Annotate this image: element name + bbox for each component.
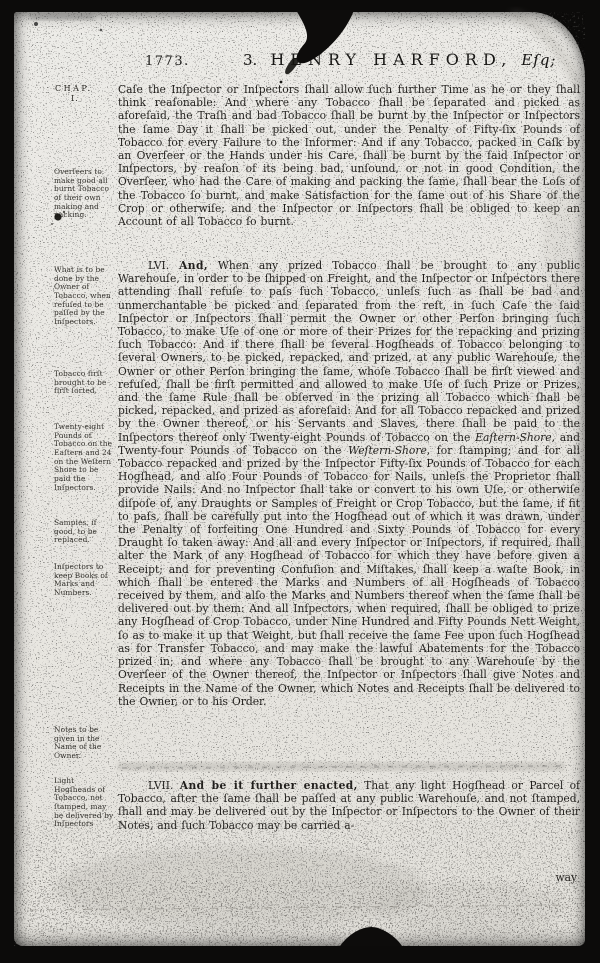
running-head-name: HENRY HARFORD, — [270, 50, 512, 69]
margin-note: Twenty-eight Pounds of Tobacco on the Ea… — [54, 423, 115, 492]
margin-note: Samples, if good, to be replaced. — [54, 519, 115, 545]
body-paragraph: LVI. And, When any prized Tobacco ſhall … — [118, 259, 580, 708]
body-text-segment: Weſtern-Shore — [348, 444, 427, 457]
margin-note: Inſpectors to keep Books of Marks and Nu… — [54, 563, 115, 598]
chapter-label: CHAP. I. — [55, 84, 117, 104]
margin-note: Light Hogſheads of Tobacco, not ſtamped,… — [54, 777, 115, 829]
body-text-segment: Eaſtern-Shore — [475, 431, 551, 444]
enacting-words: And be it further enacted, — [180, 779, 358, 792]
margin-note: What is to be done by the Owner of Tobac… — [54, 266, 115, 327]
chapter-word: CHAP. — [55, 84, 93, 93]
body-text-segment: LVI. — [148, 259, 179, 272]
enacting-words: And, — [179, 259, 208, 272]
scanned-page: 1773. 3.HENRY HARFORD,Eſq; CHAP. I. Over… — [0, 0, 600, 963]
body-text-segment: , for ſtamping; and for all Tobacco repa… — [118, 444, 580, 708]
body-paragraph: LVII. And be it further enacted, That an… — [118, 779, 580, 832]
running-head-title: 3.HENRY HARFORD,Eſq; — [243, 50, 556, 69]
margin-note: Tobacco firſt brought to be firſt ſorted… — [54, 370, 115, 396]
running-head-number: 3. — [243, 51, 257, 69]
margin-note: Overſeers to make good all burnt Tobacco… — [54, 168, 115, 220]
body-text-segment: When any prized Tobacco ſhall be brought… — [118, 259, 580, 444]
running-head-year: 1773. — [145, 54, 190, 69]
margin-note: Notes to be given in the Name of the Own… — [54, 726, 115, 761]
body-text-segment: LVII. — [148, 779, 180, 792]
body-paragraph: Caſe the Inſpector or Inſpectors ſhall a… — [118, 83, 580, 228]
catchword: way — [505, 871, 577, 884]
body-text-segment: Caſe the Inſpector or Inſpectors ſhall a… — [118, 83, 580, 228]
running-head-suffix: Eſq; — [521, 51, 556, 69]
chapter-numeral: I. — [71, 94, 117, 104]
